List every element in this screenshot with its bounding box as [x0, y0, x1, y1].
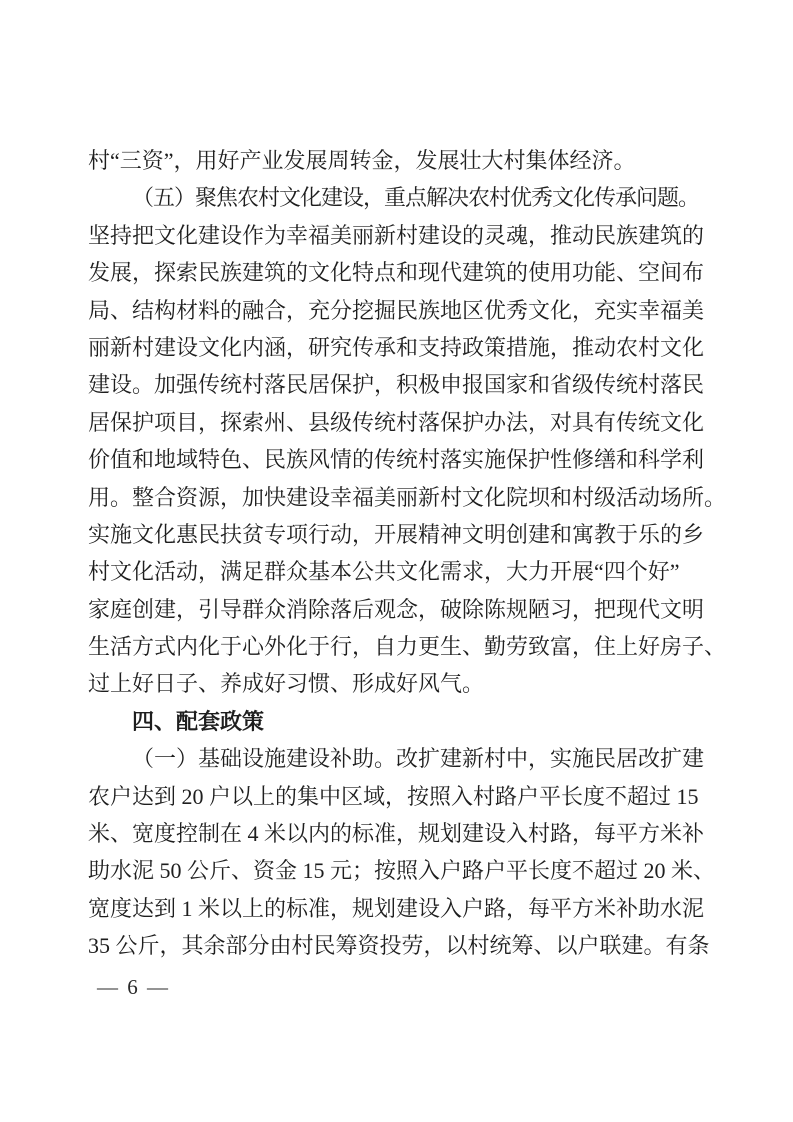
text-line: 价值和地域特色、民族风情的传统村落实施保护性修缮和科学利	[88, 441, 728, 478]
section-heading: 四、配套政策	[88, 703, 728, 740]
text-line: 村文化活动，满足群众基本公共文化需求，大力开展“四个好”	[88, 553, 728, 590]
text-line: 宽度达到 1 米以上的标准，规划建设入户路，每平方米补助水泥	[88, 890, 728, 927]
text-line: 局、结构材料的融合，充分挖掘民族地区优秀文化，充实幸福美	[88, 292, 728, 329]
text-line: 发展，探索民族建筑的文化特点和现代建筑的使用功能、空间布	[88, 254, 728, 291]
text-line: 助水泥 50 公斤、资金 15 元；按照入户路户平长度不超过 20 米、	[88, 852, 728, 889]
text-line: 村“三资”，用好产业发展周转金，发展壮大村集体经济。	[88, 142, 728, 179]
text-line: 35 公斤，其余部分由村民筹资投劳，以村统筹、以户联建。有条	[88, 927, 728, 964]
text-line: 农户达到 20 户以上的集中区域，按照入村路户平长度不超过 15	[88, 778, 728, 815]
text-line: 用。整合资源，加快建设幸福美丽新村文化院坝和村级活动场所。	[88, 479, 728, 516]
document-body: 村“三资”，用好产业发展周转金，发展壮大村集体经济。（五）聚焦农村文化建设，重点…	[88, 142, 728, 965]
text-line: 实施文化惠民扶贫专项行动，开展精神文明创建和寓教于乐的乡	[88, 516, 728, 553]
text-line: （一）基础设施建设补助。改扩建新村中，实施民居改扩建	[88, 740, 728, 777]
text-line: 建设。加强传统村落民居保护，积极申报国家和省级传统村落民	[88, 366, 728, 403]
document-page: 村“三资”，用好产业发展周转金，发展壮大村集体经济。（五）聚焦农村文化建设，重点…	[0, 0, 793, 1122]
text-line: （五）聚焦农村文化建设，重点解决农村优秀文化传承问题。	[88, 179, 728, 216]
text-line: 居保护项目，探索州、县级传统村落保护办法，对具有传统文化	[88, 404, 728, 441]
text-line: 坚持把文化建设作为幸福美丽新村建设的灵魂，推动民族建筑的	[88, 217, 728, 254]
text-line: 过上好日子、养成好习惯、形成好风气。	[88, 665, 728, 702]
text-line: 生活方式内化于心外化于行，自力更生、勤劳致富，住上好房子、	[88, 628, 728, 665]
text-line: 米、宽度控制在 4 米以内的标准，规划建设入村路，每平方米补	[88, 815, 728, 852]
page-number: — 6 —	[97, 972, 170, 1002]
text-line: 丽新村建设文化内涵，研究传承和支持政策措施，推动农村文化	[88, 329, 728, 366]
text-line: 家庭创建，引导群众消除落后观念，破除陈规陋习，把现代文明	[88, 591, 728, 628]
